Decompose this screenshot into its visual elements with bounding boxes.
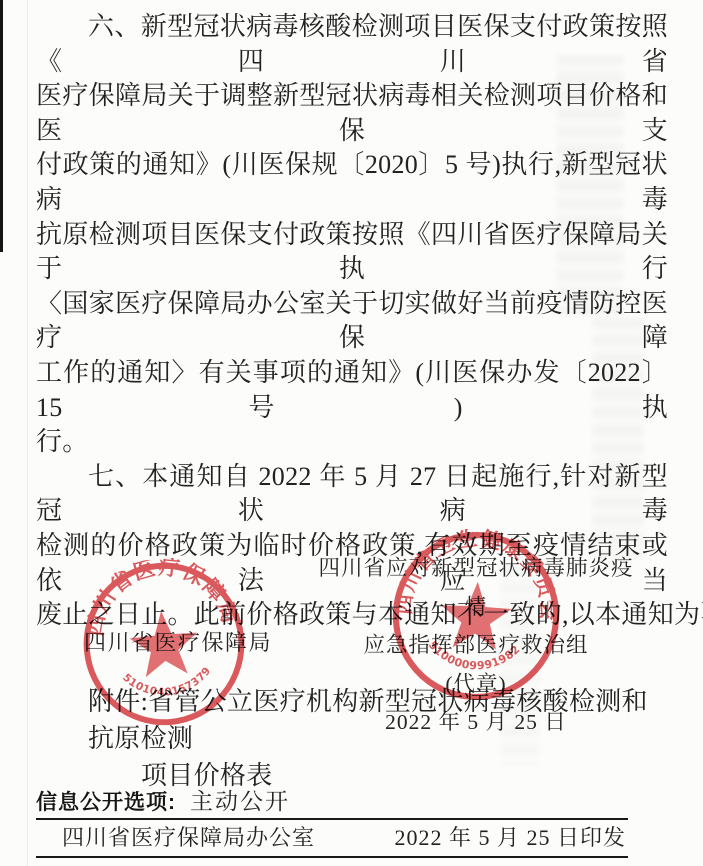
text-line: 工作的通知〉有关事项的通知》(川医保办发〔2022〕15 号)执 <box>36 356 668 425</box>
seal-number: 5101040157379 <box>119 663 215 702</box>
star-icon <box>127 608 200 678</box>
document-footer: 信息公开选项: 主动公开 四川省医疗保障局办公室 2022 年 5 月 25 日… <box>36 783 628 858</box>
disclosure-row: 信息公开选项: 主动公开 <box>36 783 628 817</box>
scan-edge-artifact <box>0 0 3 252</box>
text-line: 付政策的通知》(川医保规〔2020〕5 号)执行,新型冠状病毒 <box>36 148 668 217</box>
official-seal-health-commission: 四川省卫生健康委员会 5100009991982 <box>384 524 569 709</box>
svg-text:5100009991982: 5100009991982 <box>425 638 524 675</box>
signature-date: 2022 年 5 月 25 日 <box>318 703 634 742</box>
print-info-row: 四川省医疗保障局办公室 2022 年 5 月 25 日印发 <box>36 820 628 855</box>
text-line: 医疗保障局关于调整新型冠状病毒相关检测项目价格和医保支 <box>36 79 668 148</box>
print-date: 2022 年 5 月 25 日印发 <box>394 821 626 852</box>
text-line: 六、新型冠状病毒核酸检测项目医保支付政策按照《四川省 <box>36 10 668 79</box>
footer-divider-bottom <box>36 856 628 858</box>
svg-text:5101040157379: 5101040157379 <box>119 663 215 702</box>
text-line: 〈国家医疗保障局办公室关于切实做好当前疫情防控医疗保障 <box>36 287 668 356</box>
issuing-office: 四川省医疗保障局办公室 <box>62 821 315 852</box>
star-icon <box>439 580 513 650</box>
disclosure-value: 主动公开 <box>190 783 290 816</box>
scanned-notice-page: 六、新型冠状病毒核酸检测项目医保支付政策按照《四川省 医疗保障局关于调整新型冠状… <box>0 0 703 866</box>
disclosure-label: 信息公开选项: <box>36 786 176 816</box>
paragraph-six: 六、新型冠状病毒核酸检测项目医保支付政策按照《四川省 医疗保障局关于调整新型冠状… <box>36 10 668 460</box>
scan-fold-artifact <box>27 0 28 866</box>
text-line: 七、本通知自 2022 年 5 月 27 日起施行,针对新型冠状病毒 <box>36 460 668 529</box>
text-line: 行。 <box>36 425 668 460</box>
official-seal-medical-bureau: 四川省医疗保障局 5101040157379 <box>72 552 256 736</box>
text-line: 抗原检测项目医保支付政策按照《四川省医疗保障局关于执行 <box>36 218 668 287</box>
seal-number: 5100009991982 <box>425 638 524 675</box>
